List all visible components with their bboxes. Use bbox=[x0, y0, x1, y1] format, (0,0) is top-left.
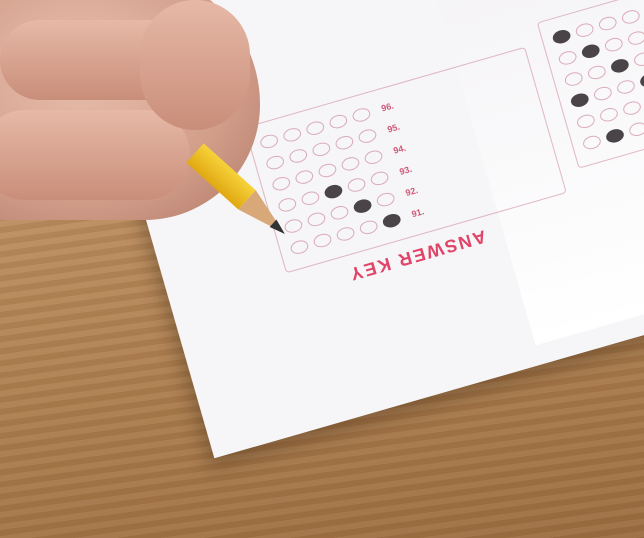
question-number: 92. bbox=[404, 185, 419, 198]
question-number: 96. bbox=[380, 100, 395, 113]
question-number: 95. bbox=[386, 122, 401, 135]
photo-scene: 96. 95. 94. 93. 92. 91. bbox=[0, 0, 644, 538]
question-number: 91. bbox=[410, 206, 425, 219]
middle-finger bbox=[0, 110, 190, 200]
thumb bbox=[140, 0, 250, 130]
question-number: 94. bbox=[392, 143, 407, 156]
question-number: 93. bbox=[398, 164, 413, 177]
